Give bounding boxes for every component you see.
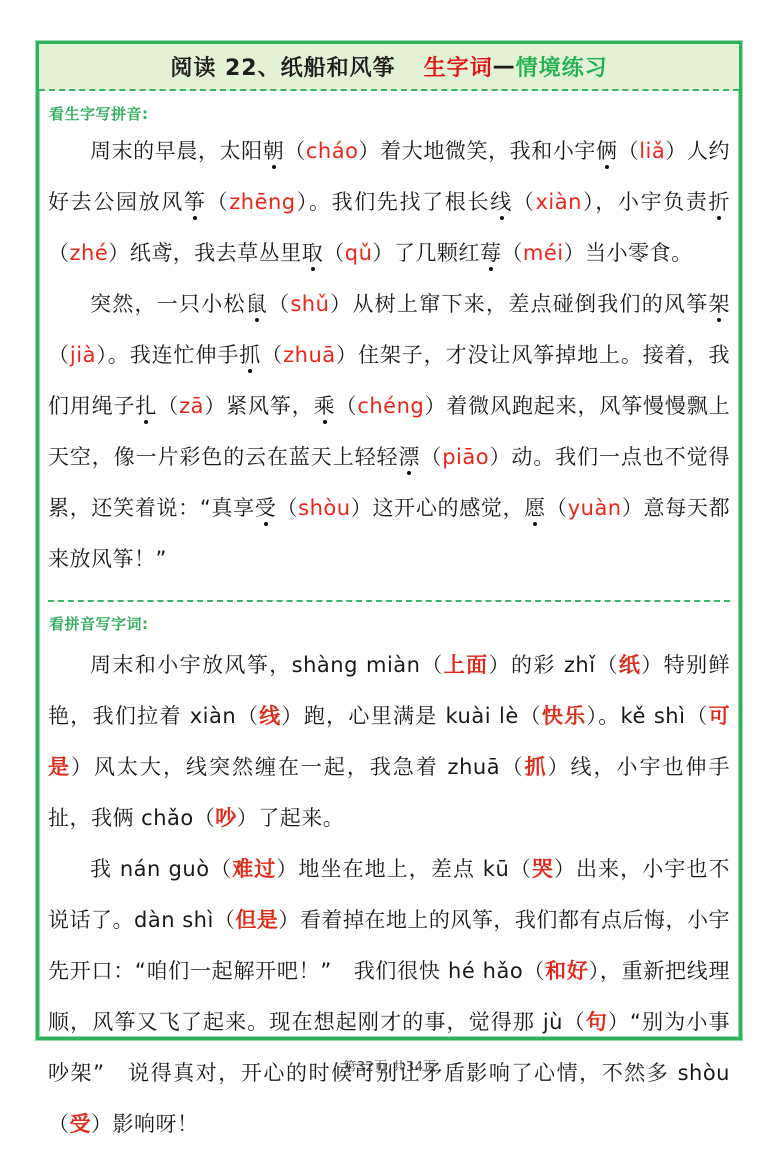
pinyin-annotation: shǔ bbox=[290, 292, 329, 316]
text-run: ）。我连忙伸手 bbox=[96, 343, 239, 367]
page-content: 看生字写拼音: 周末的早晨，太阳朝（cháo）着大地微笑，我和小宇俩（liǎ）人… bbox=[39, 103, 739, 1150]
emphasized-char: 莓 bbox=[480, 241, 502, 265]
pinyin-annotation: cháo bbox=[306, 139, 359, 163]
emphasized-char: 鼠 bbox=[246, 292, 268, 316]
pinyin-annotation: zhé bbox=[70, 241, 109, 265]
emphasized-char: 扎 bbox=[135, 394, 157, 418]
text-run: ）的彩 zhǐ（ bbox=[489, 653, 619, 677]
pinyin-annotation: qǔ bbox=[345, 241, 373, 265]
emphasized-char: 漂 bbox=[398, 445, 420, 469]
emphasized-char: 线 bbox=[490, 190, 513, 214]
text-run: ）了几颗红 bbox=[372, 241, 480, 265]
text-run: （ bbox=[276, 496, 298, 520]
text-run: （ bbox=[48, 343, 70, 367]
emphasized-char: 架 bbox=[709, 292, 731, 316]
text-run: （ bbox=[48, 241, 70, 265]
page-frame: 阅读 22、纸船和风筝 生字词 — 情境练习 看生字写拼音: 周末的早晨，太阳朝… bbox=[36, 41, 742, 1040]
text-run: ）这开心的感觉， bbox=[351, 496, 525, 520]
pinyin-annotation: liǎ bbox=[639, 139, 665, 163]
emphasized-char: 筝 bbox=[184, 190, 207, 214]
text-run: （ bbox=[323, 241, 345, 265]
text-run: ）纸鸢，我去草丛里 bbox=[108, 241, 302, 265]
answer-word: 但是 bbox=[235, 908, 278, 932]
answer-word: 受 bbox=[70, 1112, 92, 1136]
answer-word: 哭 bbox=[532, 857, 554, 881]
text-run: （ bbox=[261, 343, 283, 367]
emphasized-char: 愿 bbox=[524, 496, 546, 520]
text-run: （ bbox=[157, 394, 179, 418]
text-run: （ bbox=[513, 190, 536, 214]
pinyin-annotation: yuàn bbox=[568, 496, 622, 520]
pinyin-annotation: xiàn bbox=[536, 190, 582, 214]
text-run: ）紧风筝， bbox=[204, 394, 314, 418]
section-write-pinyin: 看生字写拼音: 周末的早晨，太阳朝（cháo）着大地微笑，我和小宇俩（liǎ）人… bbox=[48, 103, 730, 585]
text-run: ）影响呀！ bbox=[91, 1112, 199, 1136]
pinyin-annotation: piāo bbox=[442, 445, 489, 469]
answer-word: 纸 bbox=[619, 653, 641, 677]
text-run: （ bbox=[618, 139, 640, 163]
text-run: 我 nán guò（ bbox=[90, 857, 232, 881]
text-run: ）从树上窜下来，差点碰倒我们的风筝 bbox=[329, 292, 708, 316]
title-bar: 阅读 22、纸船和风筝 生字词 — 情境练习 bbox=[39, 44, 739, 91]
emphasized-char: 乘 bbox=[314, 394, 336, 418]
emphasized-char: 折 bbox=[709, 190, 731, 214]
text-run: （ bbox=[335, 394, 357, 418]
paragraph: 周末的早晨，太阳朝（cháo）着大地微笑，我和小宇俩（liǎ）人约好去公园放风筝… bbox=[48, 126, 730, 279]
paragraph: 周末和小宇放风筝，shàng miàn（上面）的彩 zhǐ（纸）特别鲜艳，我们拉… bbox=[48, 640, 730, 844]
text-run: （ bbox=[546, 496, 568, 520]
section-heading: 看拼音写字词: bbox=[49, 613, 730, 634]
pinyin-annotation: zā bbox=[179, 394, 204, 418]
paragraph: 突然，一只小松鼠（shǔ）从树上窜下来，差点碰倒我们的风筝架（jià）。我连忙伸… bbox=[48, 279, 730, 585]
text-run: （ bbox=[268, 292, 290, 316]
answer-word: 上面 bbox=[444, 653, 489, 677]
answer-word: 难过 bbox=[232, 857, 276, 881]
emphasized-char: 俩 bbox=[596, 139, 618, 163]
page-number: 第32页,共34页 bbox=[0, 1056, 780, 1075]
emphasized-char: 抓 bbox=[239, 343, 261, 367]
section-heading: 看生字写拼音: bbox=[49, 103, 730, 124]
title-highlight-green: 情境练习 bbox=[516, 51, 608, 82]
text-run: ）地坐在地上，差点 kū（ bbox=[276, 857, 532, 881]
pinyin-annotation: chéng bbox=[357, 394, 424, 418]
page-title: 阅读 22、纸船和风筝 bbox=[170, 51, 395, 82]
text-run: 周末和小宇放风筝，shàng miàn（ bbox=[90, 653, 444, 677]
text-run: ）风太大，线突然缠在一起，我急着 zhuā（ bbox=[71, 755, 525, 779]
pinyin-annotation: shòu bbox=[298, 496, 350, 520]
title-dash: — bbox=[493, 54, 516, 79]
text-run: ）着大地微笑，我和小宇 bbox=[358, 139, 596, 163]
emphasized-char: 朝 bbox=[263, 139, 285, 163]
pinyin-annotation: jià bbox=[70, 343, 96, 367]
title-highlight-red: 生字词 bbox=[424, 51, 493, 82]
answer-word: 抓 bbox=[525, 755, 548, 779]
answer-word: 吵 bbox=[215, 806, 237, 830]
text-run: ）。kě shì（ bbox=[586, 704, 708, 728]
answer-word: 快乐 bbox=[542, 704, 587, 728]
emphasized-char: 受 bbox=[255, 496, 277, 520]
emphasized-char: 取 bbox=[302, 241, 324, 265]
pinyin-annotation: zhēng bbox=[229, 190, 295, 214]
text-run: ）当小零食。 bbox=[564, 241, 693, 265]
text-run: ），小宇负责 bbox=[582, 190, 709, 214]
pinyin-annotation: zhuā bbox=[283, 343, 336, 367]
text-run: （ bbox=[207, 190, 230, 214]
answer-word: 线 bbox=[259, 704, 281, 728]
answer-word: 句 bbox=[586, 1010, 608, 1034]
text-run: （ bbox=[501, 241, 523, 265]
text-run: ）跑，心里满是 kuài lè（ bbox=[282, 704, 542, 728]
answer-word: 和好 bbox=[545, 959, 588, 983]
text-run: ）了起来。 bbox=[237, 806, 345, 830]
text-run: ）。我们先找了根长 bbox=[296, 190, 491, 214]
text-run: 周末的早晨，太阳 bbox=[90, 139, 263, 163]
text-run: 突然，一只小松 bbox=[90, 292, 246, 316]
text-run: （ bbox=[420, 445, 442, 469]
text-run: （ bbox=[284, 139, 306, 163]
pinyin-annotation: méi bbox=[523, 241, 564, 265]
paragraph: 我 nán guò（难过）地坐在地上，差点 kū（哭）出来，小宇也不说话了。dà… bbox=[48, 844, 730, 1150]
